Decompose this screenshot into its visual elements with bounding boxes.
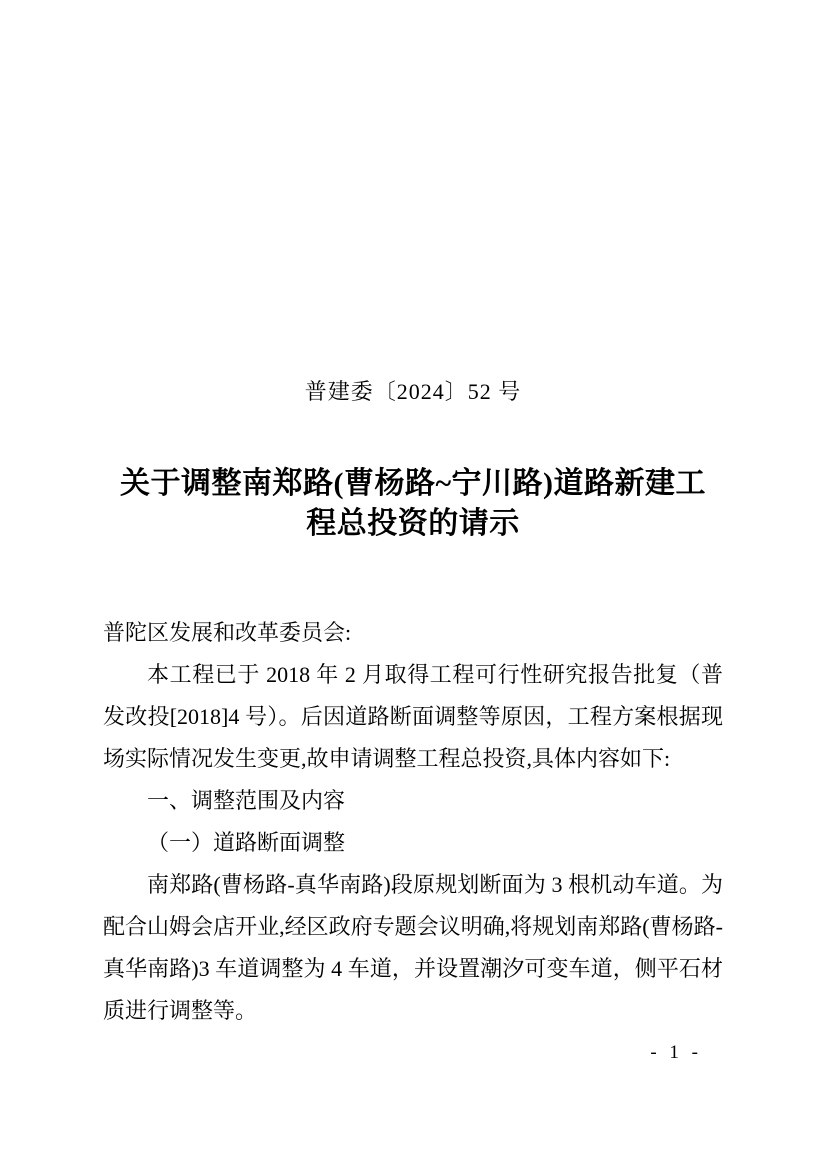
salutation: 普陀区发展和改革委员会: xyxy=(103,612,723,654)
document-page: 普建委〔2024〕52 号 关于调整南郑路(曹杨路~宁川路)道路新建工程总投资的… xyxy=(0,0,826,1169)
paragraph-intro: 本工程已于 2018 年 2 月取得工程可行性研究报告批复（普发改投[2018]… xyxy=(103,654,723,780)
document-title: 关于调整南郑路(曹杨路~宁川路)道路新建工程总投资的请示 xyxy=(111,464,715,544)
section-heading: 一、调整范围及内容 xyxy=(103,780,723,822)
subsection-heading: （一）道路断面调整 xyxy=(103,822,723,864)
paragraph-detail: 南郑路(曹杨路-真华南路)段原规划断面为 3 根机动车道。为配合山姆会店开业,经… xyxy=(103,864,723,1032)
page-number: - 1 - xyxy=(650,1040,702,1066)
document-number: 普建委〔2024〕52 号 xyxy=(0,378,826,406)
document-body: 普陀区发展和改革委员会: 本工程已于 2018 年 2 月取得工程可行性研究报告… xyxy=(103,612,723,1032)
